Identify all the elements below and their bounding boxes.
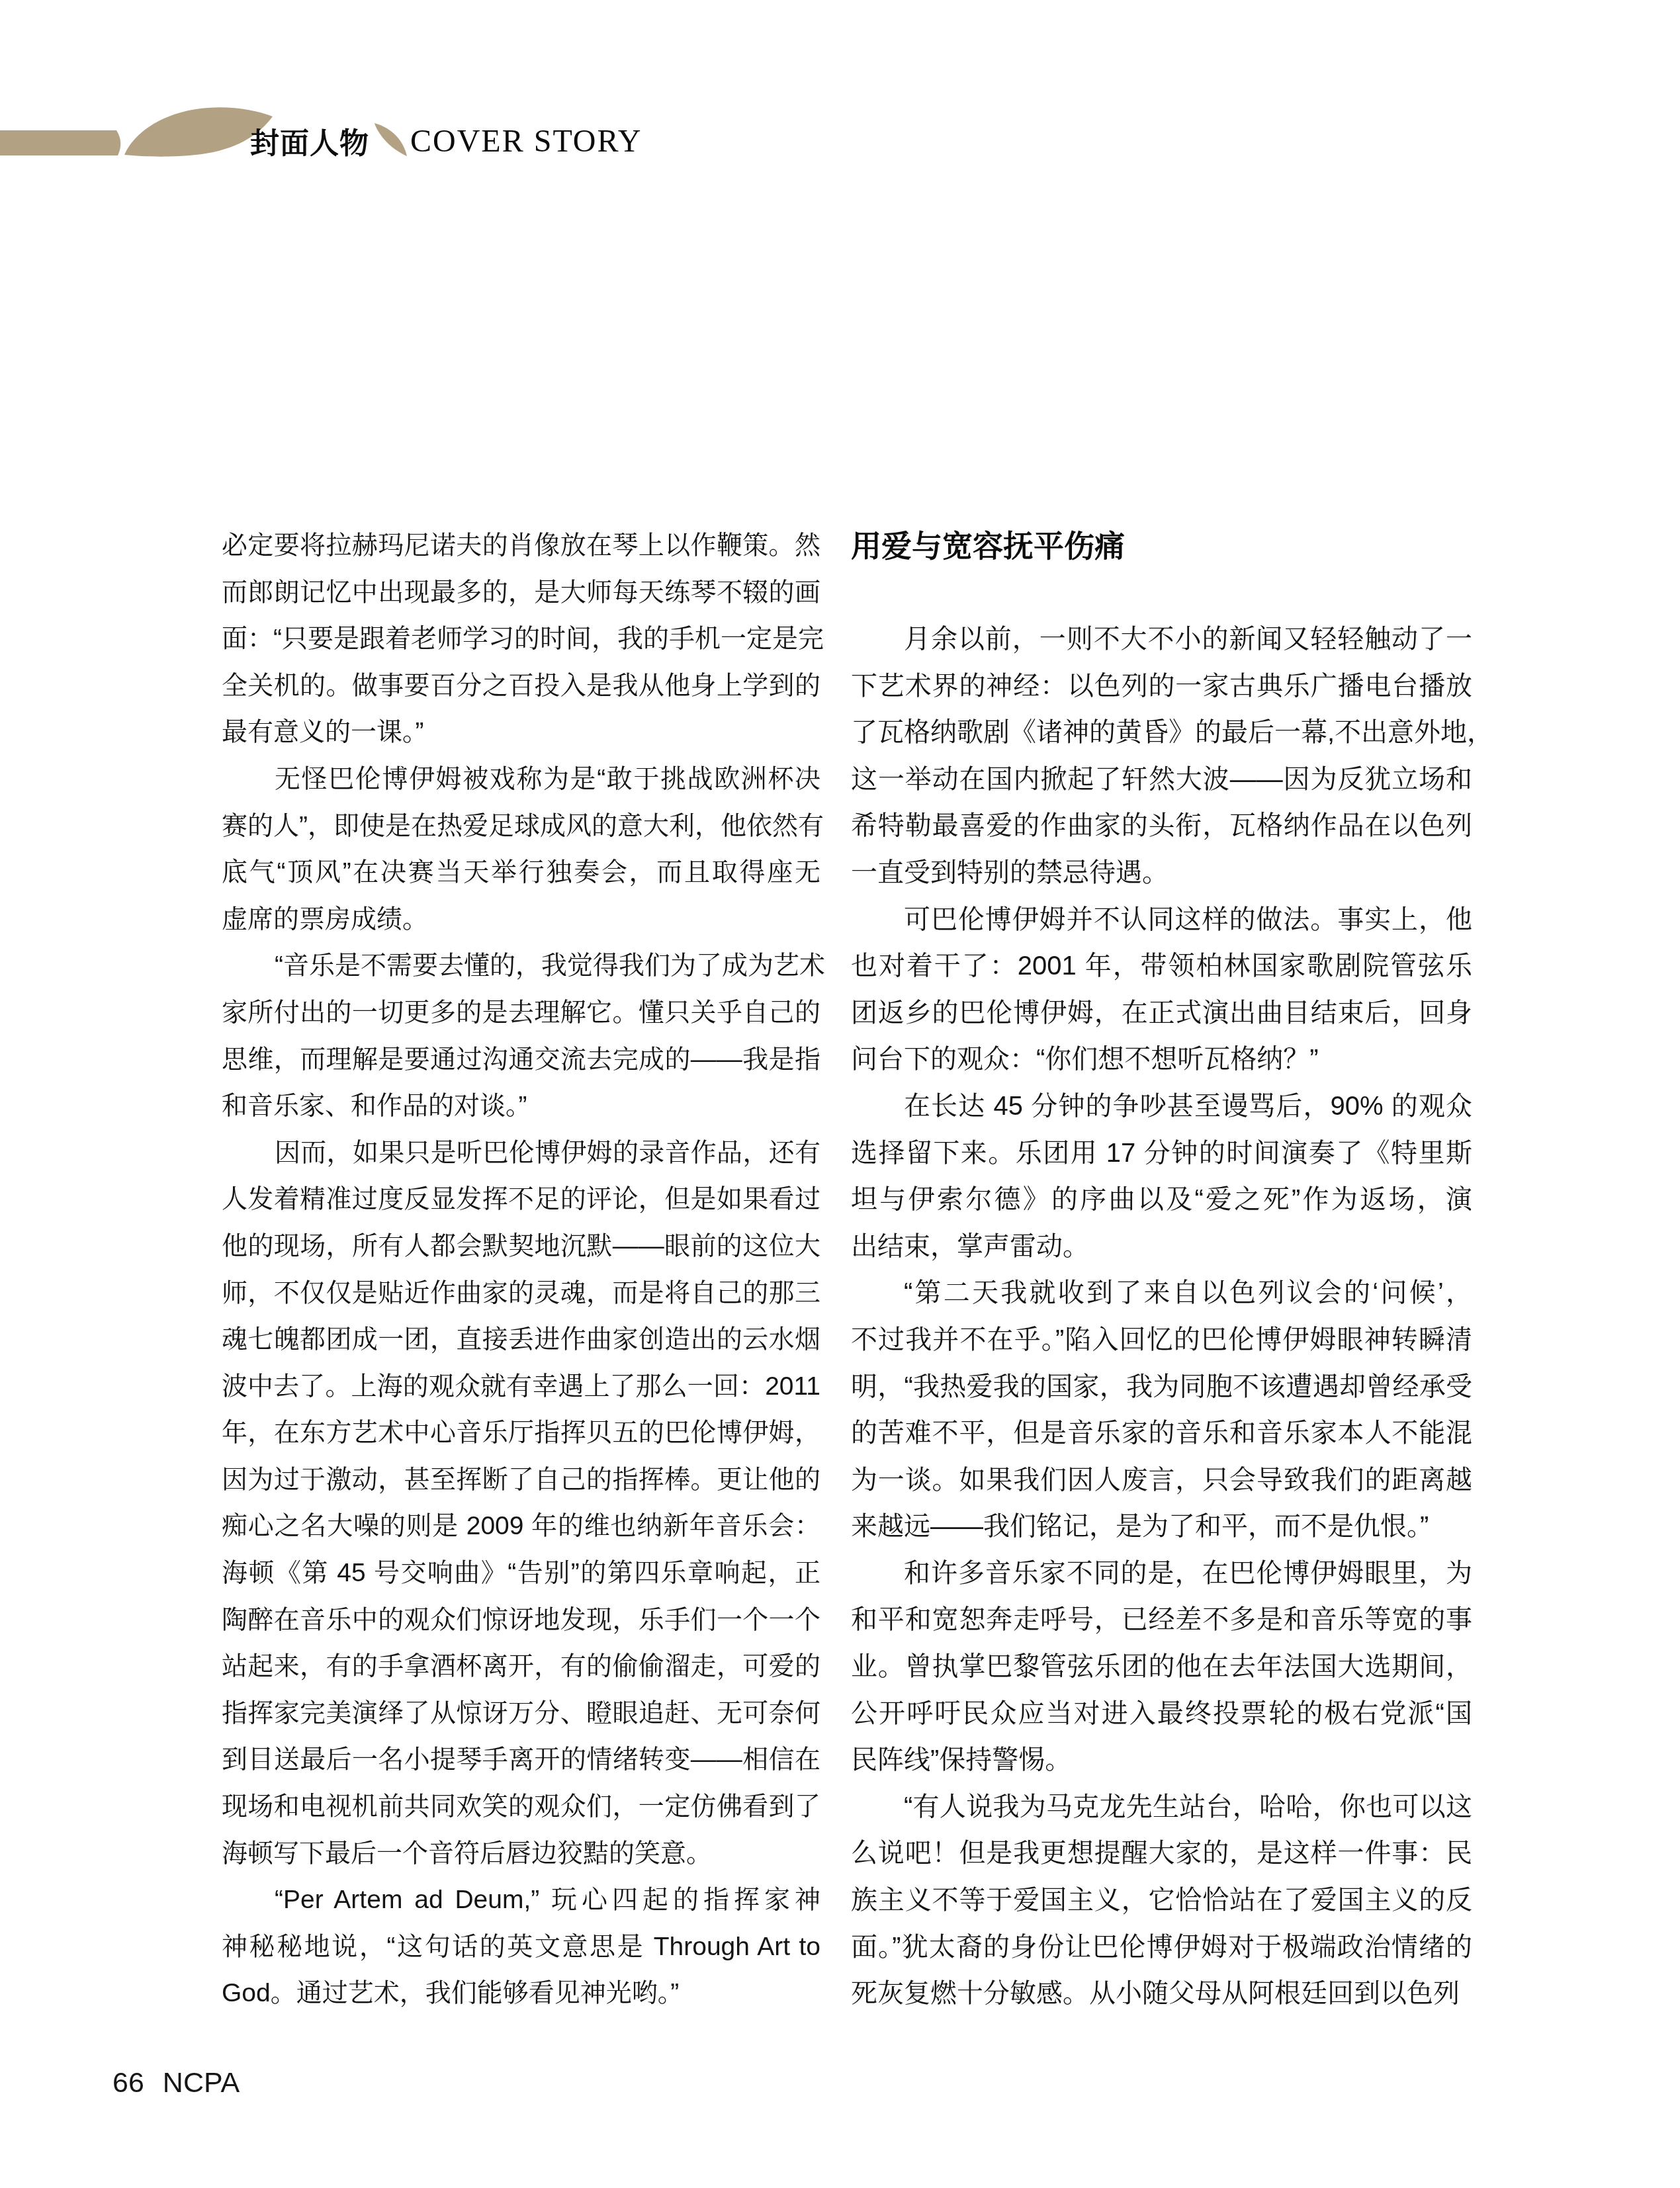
text-line: 波中去了。上海的观众就有幸遇上了那么一回：2011 bbox=[222, 1364, 820, 1411]
text-line: 明，“我热爱我的国家，我为同胞不该遭遇却曾经承受 bbox=[851, 1364, 1472, 1411]
left-text-column: 必定要将拉赫玛尼诺夫的肖像放在琴上以作鞭策。然而郎朗记忆中出现最多的，是大师每天… bbox=[222, 523, 820, 2017]
text-line: 因为过于激动，甚至挥断了自己的指挥棒。更让他的 bbox=[222, 1457, 820, 1504]
text-line: 他的现场，所有人都会默契地沉默——眼前的这位大 bbox=[222, 1223, 820, 1270]
page-number: 66 bbox=[112, 2067, 144, 2099]
text-line: 海顿写下最后一个音符后唇边狡黠的笑意。 bbox=[222, 1831, 820, 1878]
text-line: 站起来，有的手拿酒杯离开，有的偷偷溜走，可爱的 bbox=[222, 1643, 820, 1690]
text-line: 和音乐家、和作品的对谈。” bbox=[222, 1083, 820, 1130]
text-line: 可巴伦博伊姆并不认同这样的做法。事实上，他 bbox=[851, 897, 1472, 943]
text-line: 选择留下来。乐团用 17 分钟的时间演奏了《特里斯 bbox=[851, 1130, 1472, 1177]
text-line: 人发着精准过度反显发挥不足的评论，但是如果看过 bbox=[222, 1176, 820, 1223]
text-line: 面。”犹太裔的身份让巴伦博伊姆对于极端政治情绪的 bbox=[851, 1924, 1472, 1971]
text-line: 面：“只要是跟着老师学习的时间，我的手机一定是完 bbox=[222, 616, 820, 663]
text-line: 月余以前，一则不大不小的新闻又轻轻触动了一 bbox=[851, 616, 1472, 663]
text-line: “Per Artem ad Deum,” 玩心四起的指挥家神 bbox=[222, 1877, 820, 1924]
text-line: 家所付出的一切更多的是去理解它。懂只关乎自己的 bbox=[222, 990, 820, 1037]
text-line: 因而，如果只是听巴伦博伊姆的录音作品，还有 bbox=[222, 1130, 820, 1177]
text-line: 魂七魄都团成一团，直接丢进作曲家创造出的云水烟 bbox=[222, 1317, 820, 1364]
text-line: 年，在东方艺术中心音乐厅指挥贝五的巴伦博伊姆， bbox=[222, 1410, 820, 1457]
header-accent-graphic bbox=[0, 99, 437, 165]
text-line: 现场和电视机前共同欢笑的观众们，一定仿佛看到了 bbox=[222, 1784, 820, 1831]
text-line: “音乐是不需要去懂的，我觉得我们为了成为艺术 bbox=[222, 943, 820, 990]
magazine-page: 封面人物 COVER STORY 必定要将拉赫玛尼诺夫的肖像放在琴上以作鞭策。然… bbox=[0, 0, 1680, 2188]
right-text-column: 月余以前，一则不大不小的新闻又轻轻触动了一下艺术界的神经：以色列的一家古典乐广播… bbox=[851, 616, 1472, 2017]
text-line: 在长达 45 分钟的争吵甚至谩骂后，90% 的观众 bbox=[851, 1083, 1472, 1130]
text-line: 了瓦格纳歌剧《诸神的黄昏》的最后一幕,不出意外地， bbox=[851, 709, 1472, 756]
text-line: 族主义不等于爱国主义，它恰恰站在了爱国主义的反 bbox=[851, 1877, 1472, 1924]
section-title-en: COVER STORY bbox=[410, 124, 642, 159]
page-footer: 66NCPA bbox=[112, 2066, 240, 2100]
text-line: 到目送最后一名小提琴手离开的情绪转变——相信在 bbox=[222, 1737, 820, 1784]
magazine-name: NCPA bbox=[163, 2067, 240, 2099]
text-line: 无怪巴伦博伊姆被戏称为是“敢于挑战欧洲杯决 bbox=[222, 756, 820, 803]
small-swoosh-icon bbox=[375, 123, 407, 156]
text-line: 下艺术界的神经：以色列的一家古典乐广播电台播放 bbox=[851, 663, 1472, 710]
text-line: 全关机的。做事要百分之百投入是我从他身上学到的 bbox=[222, 663, 820, 710]
text-line: 不过我并不在乎。”陷入回忆的巴伦博伊姆眼神转瞬清 bbox=[851, 1317, 1472, 1364]
accent-bar-icon bbox=[0, 130, 120, 155]
text-line: 而郎朗记忆中出现最多的，是大师每天练琴不辍的画 bbox=[222, 570, 820, 617]
text-line: 痴心之名大噪的则是 2009 年的维也纳新年音乐会： bbox=[222, 1503, 820, 1550]
text-line: 陶醉在音乐中的观众们惊讶地发现，乐手们一个一个 bbox=[222, 1597, 820, 1644]
text-line: 一直受到特别的禁忌待遇。 bbox=[851, 850, 1472, 897]
text-line: God。通过艺术，我们能够看见神光哟。” bbox=[222, 1970, 820, 2017]
text-line: 么说吧！但是我更想提醒大家的，是这样一件事：民 bbox=[851, 1830, 1472, 1877]
text-line: 和许多音乐家不同的是，在巴伦博伊姆眼里，为 bbox=[851, 1550, 1472, 1597]
text-line: 底气“顶风”在决赛当天举行独奏会，而且取得座无 bbox=[222, 850, 820, 897]
text-line: 必定要将拉赫玛尼诺夫的肖像放在琴上以作鞭策。然 bbox=[222, 523, 820, 570]
text-line: 出结束，掌声雷动。 bbox=[851, 1223, 1472, 1270]
text-line: 神秘秘地说，“这句话的英文意思是 Through Art to bbox=[222, 1924, 820, 1971]
text-line: “有人说我为马克龙先生站台，哈哈，你也可以这 bbox=[851, 1784, 1472, 1831]
text-line: 公开呼吁民众应当对进入最终投票轮的极右党派“国 bbox=[851, 1690, 1472, 1737]
text-line: 赛的人”，即使是在热爱足球成风的意大利，他依然有 bbox=[222, 803, 820, 850]
text-line: 最有意义的一课。” bbox=[222, 709, 820, 756]
text-line: 坦与伊索尔德》的序曲以及“爱之死”作为返场，演 bbox=[851, 1176, 1472, 1223]
text-line: “第二天我就收到了来自以色列议会的‘问候’， bbox=[851, 1270, 1472, 1317]
text-line: 团返乡的巴伦博伊姆，在正式演出曲目结束后，回身 bbox=[851, 990, 1472, 1037]
text-line: 问台下的观众：“你们想不想听瓦格纳？” bbox=[851, 1036, 1472, 1083]
text-line: 思维，而理解是要通过沟通交流去完成的——我是指 bbox=[222, 1037, 820, 1084]
text-line: 这一举动在国内掀起了轩然大波——因为反犹立场和 bbox=[851, 756, 1472, 803]
text-line: 指挥家完美演绎了从惊讶万分、瞪眼追赶、无可奈何 bbox=[222, 1690, 820, 1737]
section-title-zh: 封面人物 bbox=[250, 128, 369, 160]
text-line: 业。曾执掌巴黎管弦乐团的他在去年法国大选期间， bbox=[851, 1643, 1472, 1690]
text-line: 希特勒最喜爱的作曲家的头衔，瓦格纳作品在以色列 bbox=[851, 803, 1472, 850]
text-line: 为一谈。如果我们因人废言，只会导致我们的距离越 bbox=[851, 1457, 1472, 1504]
text-line: 来越远——我们铭记，是为了和平，而不是仇恨。” bbox=[851, 1503, 1472, 1550]
article-subheading: 用爱与宽容抚平伤痛 bbox=[851, 523, 1125, 570]
text-line: 和平和宽恕奔走呼号，已经差不多是和音乐等宽的事 bbox=[851, 1597, 1472, 1643]
text-line: 死灰复燃十分敏感。从小随父母从阿根廷回到以色列 bbox=[851, 1970, 1472, 2017]
text-line: 也对着干了：2001 年，带领柏林国家歌剧院管弦乐 bbox=[851, 943, 1472, 990]
text-line: 虚席的票房成绩。 bbox=[222, 897, 820, 943]
text-line: 师，不仅仅是贴近作曲家的灵魂，而是将自己的那三 bbox=[222, 1270, 820, 1317]
text-line: 民阵线”保持警惕。 bbox=[851, 1737, 1472, 1784]
text-line: 的苦难不平，但是音乐家的音乐和音乐家本人不能混 bbox=[851, 1410, 1472, 1457]
text-line: 海顿《第 45 号交响曲》“告别”的第四乐章响起，正 bbox=[222, 1550, 820, 1597]
